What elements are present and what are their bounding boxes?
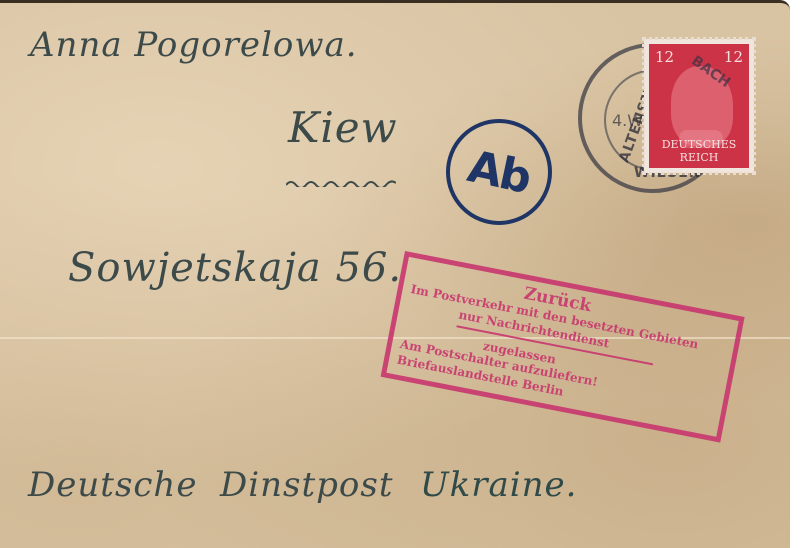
delivery-line-word-1: Deutsche bbox=[28, 465, 197, 505]
censor-ab-stamp: Ab bbox=[446, 119, 552, 225]
city-wavy-underline bbox=[286, 179, 396, 187]
postage-stamp: 12 12 BACH DEUTSCHES REICH bbox=[644, 39, 754, 173]
envelope: Anna Pogorelowa. Kiew Sowjetskaja 56. De… bbox=[0, 0, 790, 548]
stamp-value-left: 12 bbox=[655, 48, 674, 66]
stamp-country: DEUTSCHES REICH bbox=[649, 138, 749, 164]
stamp-value-right: 12 bbox=[724, 48, 743, 66]
delivery-line-word-2: Dinstpost bbox=[220, 465, 394, 505]
postmark-date: 4.W bbox=[612, 111, 643, 130]
stamp-face: 12 12 BACH DEUTSCHES REICH bbox=[649, 44, 749, 168]
delivery-line-word-3: Ukraine. bbox=[420, 465, 577, 505]
addressee-name: Anna Pogorelowa. bbox=[30, 25, 358, 65]
return-to-sender-stamp: Zurück Im Postverkehr mit den besetzten … bbox=[381, 251, 745, 443]
censor-mark-text: Ab bbox=[464, 141, 535, 204]
address-street: Sowjetskaja 56. bbox=[68, 245, 402, 291]
address-city: Kiew bbox=[288, 103, 398, 152]
